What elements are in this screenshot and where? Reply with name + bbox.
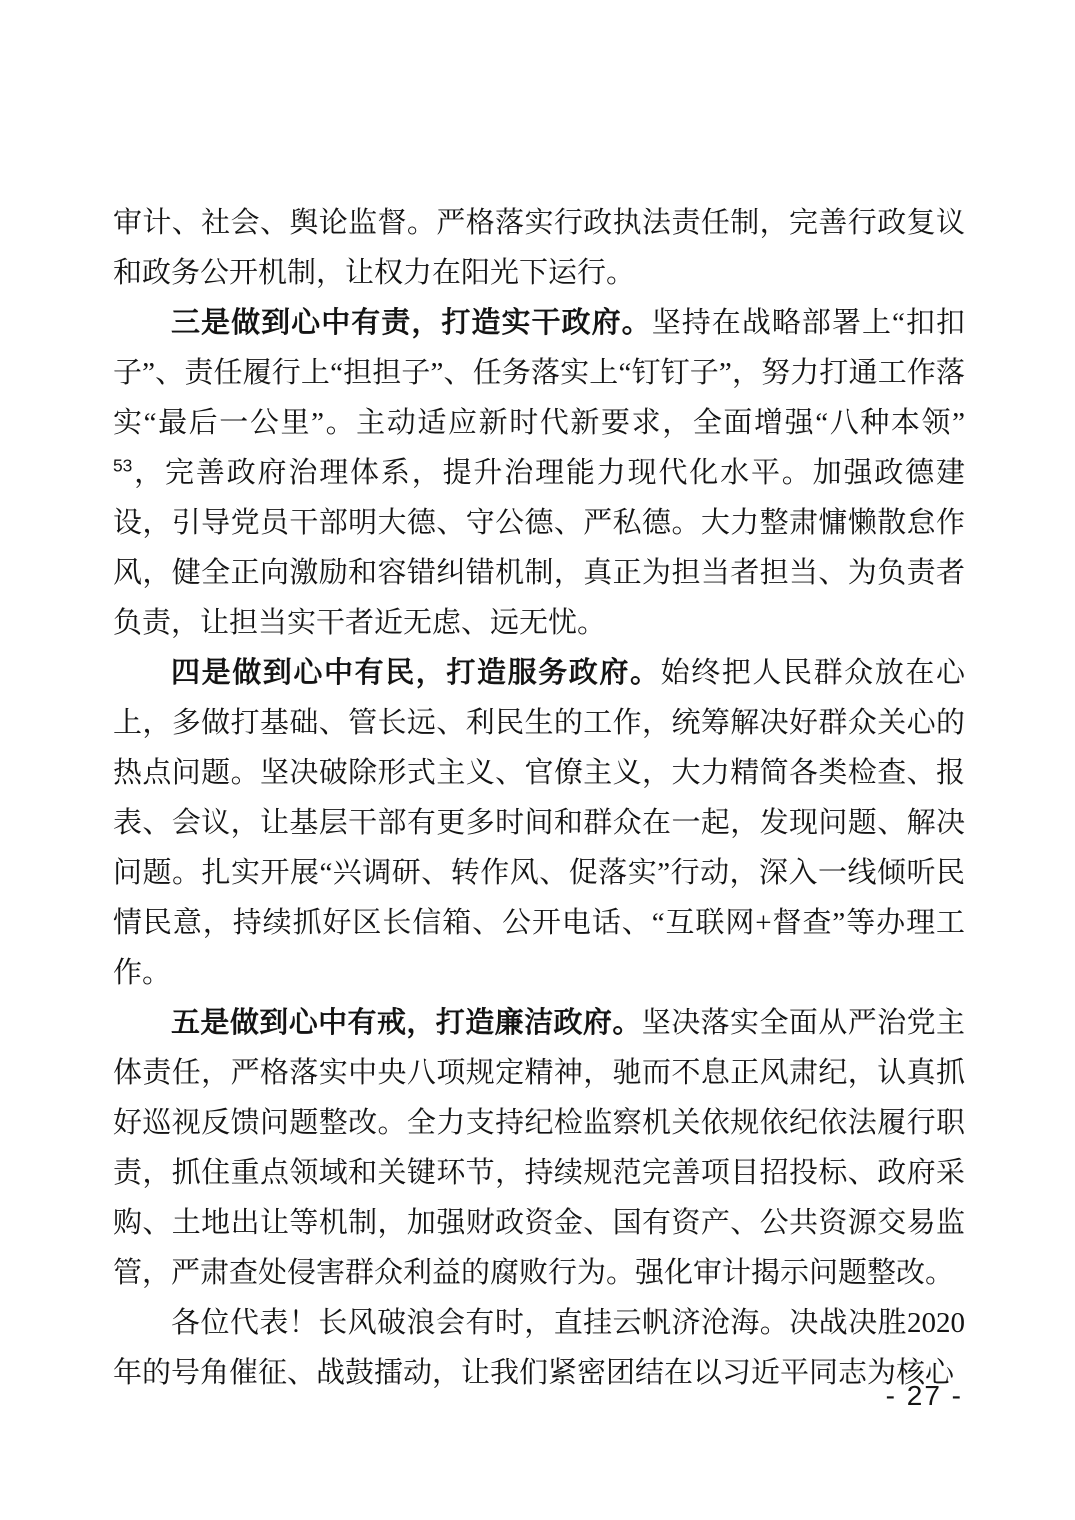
paragraph-closing: 各位代表！长风破浪会有时，直挂云帆济沧海。决战决胜2020年的号角催征、战鼓擂动… xyxy=(113,1298,965,1398)
page-body-text: 审计、社会、舆论监督。严格落实行政执法责任制，完善行政复议和政务公开机制，让权力… xyxy=(113,198,965,1398)
footnote-reference-53: 53 xyxy=(113,455,132,475)
page-number-label: - 27 - xyxy=(886,1380,963,1411)
paragraph-text: 坚决落实全面从严治党主体责任，严格落实中央八项规定精神，驰而不息正风肃纪，认真抓… xyxy=(113,1007,965,1289)
paragraph-text: 各位代表！长风破浪会有时，直挂云帆济沧海。决战决胜2020年的号角催征、战鼓擂动… xyxy=(113,1307,965,1389)
paragraph-text: 审计、社会、舆论监督。严格落实行政执法责任制，完善行政复议和政务公开机制，让权力… xyxy=(113,207,965,289)
paragraph-section-five: 五是做到心中有戒，打造廉洁政府。坚决落实全面从严治党主体责任，严格落实中央八项规… xyxy=(113,998,965,1298)
paragraph-text: 始终把人民群众放在心上，多做打基础、管长远、利民生的工作，统筹解决好群众关心的热… xyxy=(113,657,965,989)
section-lead-bold: 三是做到心中有责，打造实干政府。 xyxy=(171,307,652,339)
section-lead-bold: 五是做到心中有戒，打造廉洁政府。 xyxy=(171,1007,642,1039)
paragraph-section-four: 四是做到心中有民，打造服务政府。始终把人民群众放在心上，多做打基础、管长远、利民… xyxy=(113,648,965,998)
section-lead-bold: 四是做到心中有民，打造服务政府。 xyxy=(171,657,661,689)
page-number: - 27 - xyxy=(886,1380,963,1412)
document-page: 审计、社会、舆论监督。严格落实行政执法责任制，完善行政复议和政务公开机制，让权力… xyxy=(0,0,1075,1520)
paragraph-text: ，完善政府治理体系，提升治理能力现代化水平。加强政德建设，引导党员干部明大德、守… xyxy=(113,457,965,639)
paragraph-continuation: 审计、社会、舆论监督。严格落实行政执法责任制，完善行政复议和政务公开机制，让权力… xyxy=(113,198,965,298)
paragraph-section-three: 三是做到心中有责，打造实干政府。坚持在战略部署上“扣扣子”、责任履行上“担担子”… xyxy=(113,298,965,648)
